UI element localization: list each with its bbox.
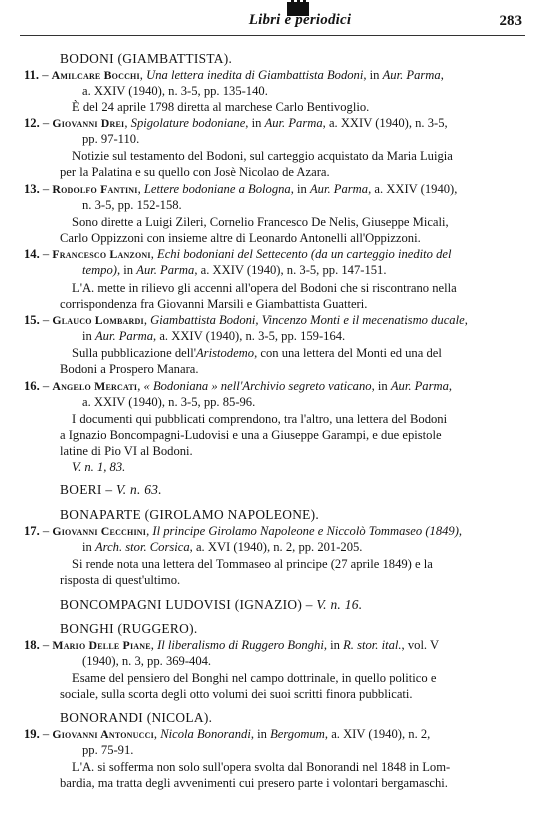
entry-note: corrispondenza fra Giovanni Marsili e Gi…: [60, 296, 367, 312]
entry-title: Spigolature bodoniane: [131, 116, 246, 130]
running-head: Libri e periodici 283: [0, 12, 550, 32]
entry-author: Giovanni Cecchini: [52, 524, 146, 538]
entry-title: Lettere bodoniane a Bologna: [144, 182, 291, 196]
entry-note: Bodoni a Prospero Manara.: [60, 361, 199, 377]
entry-16: 16. – Angelo Mercati, « Bodoniana » nell…: [24, 378, 452, 394]
section-heading: BONORANDI (NICOLA).: [60, 710, 212, 726]
entry-title: Una lettera inedita di Giambattista Bodo…: [146, 68, 363, 82]
entry-15: 15. – Glauco Lombardi, Giambattista Bodo…: [24, 312, 468, 328]
entry-note: sociale, sulla scorta degli otto volumi …: [60, 686, 413, 702]
entry-11: 11. – Amilcare Bocchi, Una lettera inedi…: [24, 67, 444, 83]
entry-author: Francesco Lanzoni: [52, 247, 150, 261]
entry-note: L'A. si sofferma non solo sull'opera svo…: [72, 759, 450, 775]
cross-reference: V. n. 1, 83.: [72, 459, 125, 475]
entry-note: Sulla pubblicazione dell'Aristodemo, con…: [72, 345, 442, 361]
entry-note: Si rende nota una lettera del Tommaseo a…: [72, 556, 433, 572]
entry-number: 11.: [24, 68, 39, 82]
entry-note: Notizie sul testamento del Bodoni, sul c…: [72, 148, 453, 164]
entry-author: Mario Delle Piane: [52, 638, 150, 652]
entry-citation: a. XXIV (1940), n. 3-5, pp. 135-140.: [82, 83, 268, 99]
entry-journal: Aur. Parma: [383, 68, 441, 82]
entry-note: bardia, ma tratta degli avvenimenti cui …: [60, 775, 448, 791]
entry-title: « Bodoniana » nell'Archivio segreto vati…: [144, 379, 372, 393]
entry-note: È del 24 aprile 1798 diretta al marchese…: [72, 99, 369, 115]
section-heading: BODONI (GIAMBATTISTA).: [60, 51, 232, 67]
entry-note: a Ignazio Boncompagni-Ludovisi e una a G…: [60, 427, 442, 443]
entry-17: 17. – Giovanni Cecchini, Il principe Gir…: [24, 523, 462, 539]
section-boncompagni: BONCOMPAGNI LUDOVISI (IGNAZIO) – V. n. 1…: [60, 597, 362, 613]
entry-author: Amilcare Bocchi: [52, 68, 140, 82]
entry-note: L'A. mette in rilievo gli accenni all'op…: [72, 280, 457, 296]
entry-note: risposta di quest'ultimo.: [60, 572, 180, 588]
book-page: Libri e periodici 283 BODONI (GIAMBATTIS…: [0, 0, 550, 826]
entry-citation: n. 3-5, pp. 152-158.: [82, 197, 182, 213]
entry-author: Glauco Lombardi: [52, 313, 143, 327]
entry-citation: in Arch. stor. Corsica, a. XVI (1940), n…: [82, 539, 362, 555]
entry-note: Carlo Oppizzoni con insieme altre di Leo…: [60, 230, 421, 246]
entry-19: 19. – Giovanni Antonucci, Nicola Bonoran…: [24, 726, 430, 742]
entry-citation: pp. 75-91.: [82, 742, 133, 758]
entry-note: per la Palatina e su quello con Josè Nic…: [60, 164, 330, 180]
entry-title: Il liberalismo di Ruggero Bonghi: [157, 638, 324, 652]
entry-title: Echi bodoniani del Settecento (da un car…: [157, 247, 451, 261]
running-head-title: Libri e periodici: [220, 12, 380, 29]
entry-citation: pp. 97-110.: [82, 131, 139, 147]
entry-12: 12. – Giovanni Drei, Spigolature bodonia…: [24, 115, 448, 131]
entry-note: I documenti qui pubblicati comprendono, …: [72, 411, 447, 427]
entry-citation: in Aur. Parma, a. XXIV (1940), n. 3-5, p…: [82, 328, 345, 344]
entry-title: Giambattista Bodoni, Vincenzo Monti e il…: [150, 313, 465, 327]
entry-note: Esame del pensiero del Bonghi nel campo …: [72, 670, 436, 686]
section-boeri: BOERI – V. n. 63.: [60, 482, 162, 498]
entry-author: Rodolfo Fantini: [52, 182, 137, 196]
section-heading: BONGHI (RUGGERO).: [60, 621, 198, 637]
entry-author: Giovanni Drei: [52, 116, 124, 130]
page-number: 283: [500, 13, 523, 30]
entry-13: 13. – Rodolfo Fantini, Lettere bodoniane…: [24, 181, 457, 197]
entry-author: Angelo Mercati: [52, 379, 137, 393]
header-rule: [20, 35, 525, 36]
entry-citation: a. XXIV (1940), n. 3-5, pp. 85-96.: [82, 394, 255, 410]
section-heading: BONAPARTE (GIROLAMO NAPOLEONE).: [60, 507, 319, 523]
entry-journal: Aur. Parma: [265, 116, 323, 130]
entry-18: 18. – Mario Delle Piane, Il liberalismo …: [24, 637, 439, 653]
entry-author: Giovanni Antonucci: [52, 727, 154, 741]
entry-journal: Aur. Parma: [310, 182, 368, 196]
entry-note: latine di Pio VI al Bodoni.: [60, 443, 193, 459]
entry-title: Il principe Girolamo Napoleone e Niccolò…: [152, 524, 459, 538]
entry-14: 14. – Francesco Lanzoni, Echi bodoniani …: [24, 246, 451, 262]
entry-citation: tempo), in Aur. Parma, a. XXIV (1940), n…: [82, 262, 387, 278]
entry-note: Sono dirette a Luigi Zileri, Cornelio Fr…: [72, 214, 449, 230]
entry-citation: (1940), n. 3, pp. 369-404.: [82, 653, 211, 669]
entry-title: Nicola Bonorandi: [160, 727, 251, 741]
